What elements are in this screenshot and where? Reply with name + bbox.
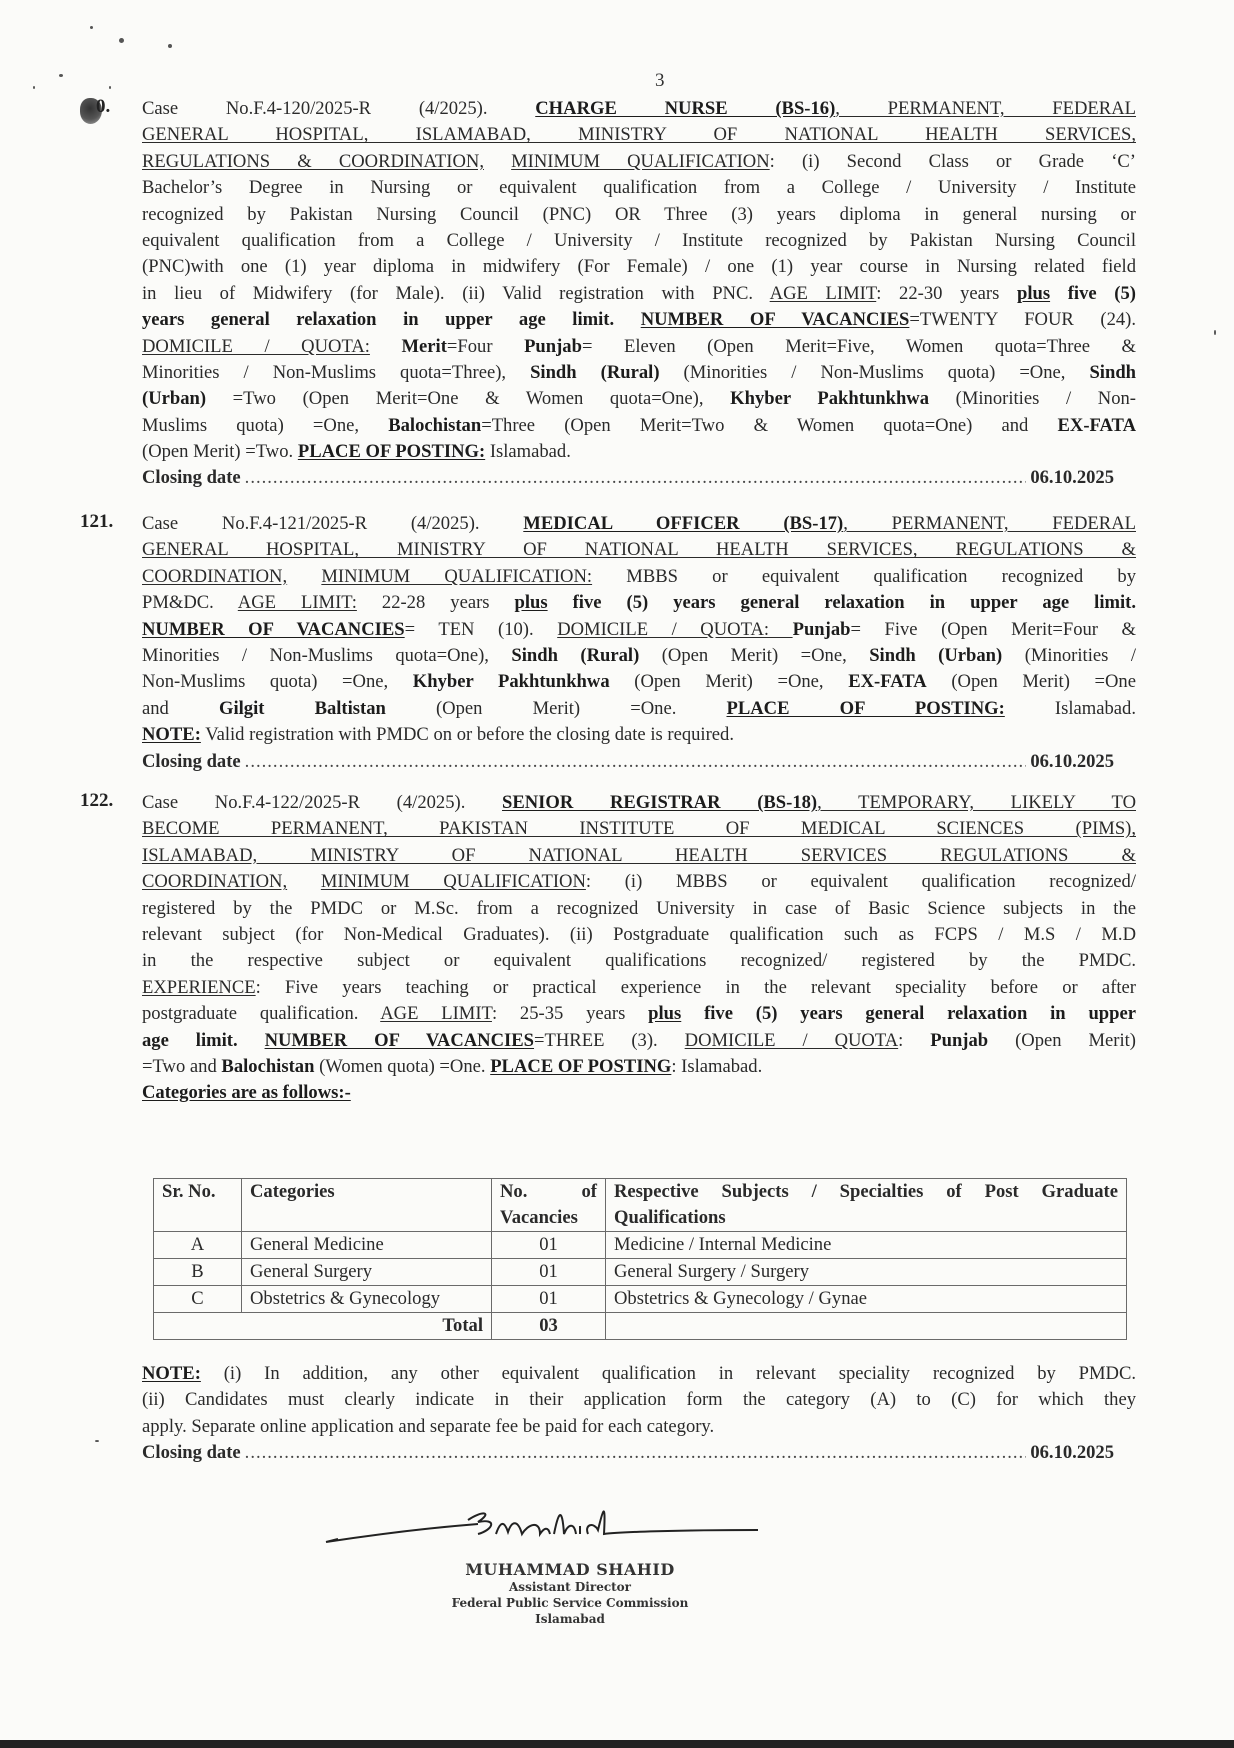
underlined-text: plus (648, 1003, 681, 1024)
text: (Open Merit) =One, (610, 671, 849, 692)
text: =THREE (3). (534, 1030, 685, 1051)
text-line: Non-Muslims quota) =One, Khyber Pakhtunk… (142, 669, 1136, 695)
scan-speck (109, 86, 111, 89)
bold-text: Gilgit Baltistan (219, 698, 386, 719)
text: postgraduate qualification. (142, 1003, 380, 1024)
header-categories: Categories (242, 1179, 492, 1232)
text-line: years general relaxation in upper age li… (142, 307, 1136, 333)
bold-text: Khyber Pakhtunkhwa (413, 671, 610, 692)
header-subjects: Respective Subjects / Specialties of Pos… (606, 1179, 1127, 1232)
bold-text: Sindh (Rural) (530, 362, 659, 383)
text: 22-28 years (357, 592, 515, 613)
text: Case No.F.4-122/2025-R (4/2025). (142, 792, 502, 813)
underlined-text: NUMBER OF VACANCIES (142, 619, 405, 640)
bold-text: Balochistan (221, 1056, 314, 1077)
text-line: DOMICILE / QUOTA: Merit=Four Punjab= Ele… (142, 334, 1136, 360)
signatory-city: Islamabad (420, 1611, 720, 1627)
table-cell: General Surgery (242, 1259, 492, 1286)
underlined-text: DOMICILE / QUOTA: (142, 336, 370, 357)
text: Bachelor’s Degree in Nursing or equivale… (142, 177, 1136, 198)
underlined-text: MINIMUM QUALIFICATION (321, 871, 586, 892)
text: PM&DC. (142, 592, 238, 613)
underlined-text: MINIMUM QUALIFICATION (511, 151, 770, 172)
text-line: Case No.F.4-121/2025-R (4/2025). MEDICAL… (142, 511, 1136, 537)
item-body: Case No.F.4-120/2025-R (4/2025). CHARGE … (142, 96, 1136, 492)
table-cell: Obstetrics & Gynecology (242, 1286, 492, 1313)
dot-leader (245, 749, 1027, 775)
bold-text: Punjab (793, 619, 851, 640)
text (484, 151, 511, 172)
underlined-text: , PERMANENT, FEDERAL (843, 513, 1136, 534)
underlined-text: PLACE OF POSTING: (726, 698, 1004, 719)
text: Case No.F.4-120/2025-R (4/2025). (142, 98, 535, 119)
text: (Women quota) =One. (314, 1056, 490, 1077)
closing-date-label: Closing date (142, 1440, 241, 1466)
text: registered by the PMDC or M.Sc. from a r… (142, 898, 1136, 919)
text: apply. Separate online application and s… (142, 1416, 714, 1437)
item-122-note: NOTE: (i) In addition, any other equival… (142, 1361, 1136, 1467)
text: Valid registration with PMDC on or befor… (201, 724, 734, 745)
text-line: recognized by Pakistan Nursing Council (… (142, 202, 1136, 228)
scan-speck (59, 74, 63, 77)
text-line: Categories are as follows:- (142, 1080, 1136, 1106)
underlined-text: PLACE OF POSTING (490, 1056, 671, 1077)
closing-date-row: Closing date06.10.2025 (142, 749, 1136, 775)
underlined-text: , TEMPORARY, LIKELY TO (817, 792, 1136, 813)
closing-date-row: Closing date06.10.2025 (142, 465, 1136, 491)
text: (Open Merit) =One (927, 671, 1136, 692)
bold-text: five (5) years general relaxation in upp… (681, 1003, 1136, 1024)
table-row: CObstetrics & Gynecology01Obstetrics & G… (154, 1286, 1127, 1313)
underlined-text: NUMBER OF VACANCIES (641, 309, 910, 330)
text: : (i) Second Class or Grade ‘C’ (770, 151, 1136, 172)
text-line: registered by the PMDC or M.Sc. from a r… (142, 896, 1136, 922)
text: in lieu of Midwifery (for Male). (ii) Va… (142, 283, 770, 304)
text: : 25-35 years (492, 1003, 648, 1024)
text: =Two and (142, 1056, 221, 1077)
text: Case No.F.4-121/2025-R (4/2025). (142, 513, 523, 534)
bold-text: five (5) (1050, 283, 1136, 304)
underlined-text: DOMICILE / QUOTA: (557, 619, 792, 640)
text: Muslims quota) =One, (142, 415, 388, 436)
underlined-text: GENERAL HOSPITAL, ISLAMABAD, MINISTRY OF… (142, 124, 1136, 145)
text: (Minorities / Non- (929, 388, 1136, 409)
text-line: (ii) Candidates must clearly indicate in… (142, 1387, 1136, 1413)
underlined-text: Categories are as follows:- (142, 1082, 351, 1103)
text: =Three (Open Merit=Two & Women quota=One… (481, 415, 1057, 436)
text-line: COORDINATION, MINIMUM QUALIFICATION: (i)… (142, 869, 1136, 895)
bold-text: Punjab (930, 1030, 988, 1051)
text: and (142, 698, 219, 719)
text: : 22-30 years (876, 283, 1017, 304)
text-line: Bachelor’s Degree in Nursing or equivale… (142, 175, 1136, 201)
table-cell: General Medicine (242, 1232, 492, 1259)
text-line: NOTE: (i) In addition, any other equival… (142, 1361, 1136, 1387)
text-line: Minorities / Non-Muslims quota=One), Sin… (142, 643, 1136, 669)
underlined-text: , PERMANENT, FEDERAL (835, 98, 1136, 119)
bold-text: years general relaxation in upper age li… (142, 309, 641, 330)
item-body: Case No.F.4-122/2025-R (4/2025). SENIOR … (142, 790, 1136, 1107)
underlined-text: NOTE: (142, 724, 201, 745)
text: Minorities / Non-Muslims quota=Three), (142, 362, 530, 383)
text: (Minorities / Non-Muslims quota) =One, (660, 362, 1090, 383)
bold-text: EX-FATA (1058, 415, 1137, 436)
table-cell: 01 (492, 1259, 606, 1286)
text-line: Case No.F.4-120/2025-R (4/2025). CHARGE … (142, 96, 1136, 122)
underlined-text: BECOME PERMANENT, PAKISTAN INSTITUTE OF … (142, 818, 1136, 839)
text-line: NUMBER OF VACANCIES= TEN (10). DOMICILE … (142, 617, 1136, 643)
text-line: ISLAMABAD, MINISTRY OF NATIONAL HEALTH S… (142, 843, 1136, 869)
bold-text: Sindh (Rural) (511, 645, 639, 666)
signatory-organization: Federal Public Service Commission (420, 1595, 720, 1611)
text: (Open Merit) =Two. (142, 441, 298, 462)
underlined-text: PLACE OF POSTING: (298, 441, 485, 462)
table-total-row: Total03 (154, 1313, 1127, 1340)
scan-speck (1214, 330, 1216, 335)
text: =Four (447, 336, 524, 357)
text-line: in lieu of Midwifery (for Male). (ii) Va… (142, 281, 1136, 307)
scan-edge (0, 1740, 1234, 1748)
closing-date-label: Closing date (142, 465, 241, 491)
text: = TEN (10). (405, 619, 558, 640)
bold-text: Sindh (1089, 362, 1136, 383)
dot-leader (245, 465, 1027, 491)
table-cell: C (154, 1286, 242, 1313)
text: : (i) MBBS or equivalent qualification r… (586, 871, 1136, 892)
closing-date-label: Closing date (142, 749, 241, 775)
text-line: COORDINATION, MINIMUM QUALIFICATION: MBB… (142, 564, 1136, 590)
text: equivalent qualification from a College … (142, 230, 1136, 251)
text-line: apply. Separate online application and s… (142, 1414, 1136, 1440)
table-cell: General Surgery / Surgery (606, 1259, 1127, 1286)
bold-text: five (5) years general relaxation in upp… (548, 592, 1136, 613)
scan-speck (168, 44, 172, 48)
text: (Open Merit) =One, (639, 645, 869, 666)
item-number: 122. (80, 790, 113, 812)
closing-date-value: 06.10.2025 (1030, 749, 1114, 775)
underlined-text: CHARGE NURSE (BS-16) (535, 98, 835, 119)
table-row: AGeneral Medicine01Medicine / Internal M… (154, 1232, 1127, 1259)
underlined-text: COORDINATION, (142, 566, 287, 587)
header-sr-no: Sr. No. (154, 1179, 242, 1232)
text-line: Muslims quota) =One, Balochistan=Three (… (142, 413, 1136, 439)
table-row: BGeneral Surgery01General Surgery / Surg… (154, 1259, 1127, 1286)
bold-text: age limit. (142, 1030, 265, 1051)
text: Islamabad. (485, 441, 571, 462)
text: = Eleven (Open Merit=Five, Women quota=T… (582, 336, 1136, 357)
underlined-text: SENIOR REGISTRAR (BS-18) (502, 792, 817, 813)
item-number: 0. (96, 96, 110, 118)
text-line: NOTE: Valid registration with PMDC on or… (142, 722, 1136, 748)
total-label: Total (154, 1313, 492, 1340)
text-line: (Urban) =Two (Open Merit=One & Women quo… (142, 386, 1136, 412)
signatory-title: Assistant Director (420, 1579, 720, 1595)
text-line: =Two and Balochistan (Women quota) =One.… (142, 1054, 1136, 1080)
table-cell: A (154, 1232, 242, 1259)
underlined-text: GENERAL HOSPITAL, MINISTRY OF NATIONAL H… (142, 539, 1136, 560)
item-body: Case No.F.4-121/2025-R (4/2025). MEDICAL… (142, 511, 1136, 775)
text: =TWENTY FOUR (24). (909, 309, 1136, 330)
text-line: Minorities / Non-Muslims quota=Three), S… (142, 360, 1136, 386)
text: (Minorities / (1002, 645, 1136, 666)
text: in the respective subject or equivalent … (142, 950, 1136, 971)
underlined-text: AGE LIMIT (770, 283, 877, 304)
text-line: BECOME PERMANENT, PAKISTAN INSTITUTE OF … (142, 816, 1136, 842)
underlined-text: AGE LIMIT (380, 1003, 492, 1024)
underlined-text: NOTE: (142, 1363, 201, 1384)
text: : (898, 1030, 930, 1051)
table-header-row: Sr. No. Categories No. of Vacancies Resp… (154, 1179, 1127, 1232)
text: =Two (Open Merit=One & Women quota=One), (206, 388, 730, 409)
bold-text: Merit (401, 336, 446, 357)
signature-block: MUHAMMAD SHAHID Assistant Director Feder… (420, 1560, 720, 1627)
bold-text: Punjab (524, 336, 582, 357)
table-cell: 01 (492, 1286, 606, 1313)
closing-date-row: Closing date06.10.2025 (142, 1440, 1136, 1466)
text (370, 336, 402, 357)
underlined-text: REGULATIONS & COORDINATION, (142, 151, 484, 172)
text-line: GENERAL HOSPITAL, ISLAMABAD, MINISTRY OF… (142, 122, 1136, 148)
scan-speck (90, 26, 93, 29)
signatory-name: MUHAMMAD SHAHID (420, 1560, 720, 1579)
text: (ii) Candidates must clearly indicate in… (142, 1389, 1136, 1410)
underlined-text: EXPERIENCE (142, 977, 256, 998)
text: (PNC)with one (1) year diploma in midwif… (142, 256, 1136, 277)
text: (Open Merit) =One. (386, 698, 727, 719)
underlined-text: ISLAMABAD, MINISTRY OF NATIONAL HEALTH S… (142, 845, 1136, 866)
text: (i) In addition, any other equivalent qu… (201, 1363, 1136, 1384)
table-cell: Obstetrics & Gynecology / Gynae (606, 1286, 1127, 1313)
page-number: 3 (655, 70, 665, 92)
bold-text: EX-FATA (848, 671, 927, 692)
text-line: and Gilgit Baltistan (Open Merit) =One. … (142, 696, 1136, 722)
table-cell: B (154, 1259, 242, 1286)
bold-text: Balochistan (388, 415, 481, 436)
text: Minorities / Non-Muslims quota=One), (142, 645, 511, 666)
underlined-text: MINIMUM QUALIFICATION: (321, 566, 592, 587)
underlined-text: MEDICAL OFFICER (BS-17) (523, 513, 843, 534)
text: Non-Muslims quota) =One, (142, 671, 413, 692)
closing-date-value: 06.10.2025 (1030, 1440, 1114, 1466)
underlined-text: AGE LIMIT: (238, 592, 357, 613)
text: : Five years teaching or practical exper… (256, 977, 1136, 998)
total-value: 03 (492, 1313, 606, 1340)
underlined-text: plus (515, 592, 548, 613)
underlined-text: DOMICILE / QUOTA (685, 1030, 899, 1051)
text: recognized by Pakistan Nursing Council (… (142, 204, 1136, 225)
text-line: (PNC)with one (1) year diploma in midwif… (142, 254, 1136, 280)
table-cell (606, 1313, 1127, 1340)
text-line: relevant subject (for Non-Medical Gradua… (142, 922, 1136, 948)
text: Islamabad. (1005, 698, 1136, 719)
header-vacancies: No. of Vacancies (492, 1179, 606, 1232)
scan-speck (119, 38, 124, 43)
text-line: in the respective subject or equivalent … (142, 948, 1136, 974)
underlined-text: COORDINATION, (142, 871, 287, 892)
underlined-text: plus (1017, 283, 1050, 304)
signature (318, 1490, 818, 1560)
item-number: 121. (80, 511, 113, 533)
bold-text: Sindh (Urban) (869, 645, 1002, 666)
text-line: Case No.F.4-122/2025-R (4/2025). SENIOR … (142, 790, 1136, 816)
text-line: REGULATIONS & COORDINATION, MINIMUM QUAL… (142, 149, 1136, 175)
closing-date-value: 06.10.2025 (1030, 465, 1114, 491)
scan-speck (33, 86, 35, 89)
text-line: age limit. NUMBER OF VACANCIES=THREE (3)… (142, 1028, 1136, 1054)
bold-text: Khyber Pakhtunkhwa (730, 388, 929, 409)
underlined-text: NUMBER OF VACANCIES (265, 1030, 534, 1051)
scan-speck (95, 1440, 99, 1442)
categories-table: Sr. No. Categories No. of Vacancies Resp… (153, 1178, 1127, 1340)
text: : Islamabad. (671, 1056, 762, 1077)
text-line: (Open Merit) =Two. PLACE OF POSTING: Isl… (142, 439, 1136, 465)
document-page: 3 0. Case No.F.4-120/2025-R (4/2025). CH… (0, 0, 1234, 1748)
text: = Five (Open Merit=Four & (850, 619, 1136, 640)
text-line: equivalent qualification from a College … (142, 228, 1136, 254)
text-line: GENERAL HOSPITAL, MINISTRY OF NATIONAL H… (142, 537, 1136, 563)
table-cell: 01 (492, 1232, 606, 1259)
bold-text: (Urban) (142, 388, 206, 409)
text: MBBS or equivalent qualification recogni… (592, 566, 1136, 587)
dot-leader (245, 1440, 1027, 1466)
text-line: EXPERIENCE: Five years teaching or pract… (142, 975, 1136, 1001)
text: relevant subject (for Non-Medical Gradua… (142, 924, 1136, 945)
text: (Open Merit) (988, 1030, 1136, 1051)
table-cell: Medicine / Internal Medicine (606, 1232, 1127, 1259)
text (287, 566, 321, 587)
text (287, 871, 321, 892)
text-line: postgraduate qualification. AGE LIMIT: 2… (142, 1001, 1136, 1027)
text-line: PM&DC. AGE LIMIT: 22-28 years plus five … (142, 590, 1136, 616)
